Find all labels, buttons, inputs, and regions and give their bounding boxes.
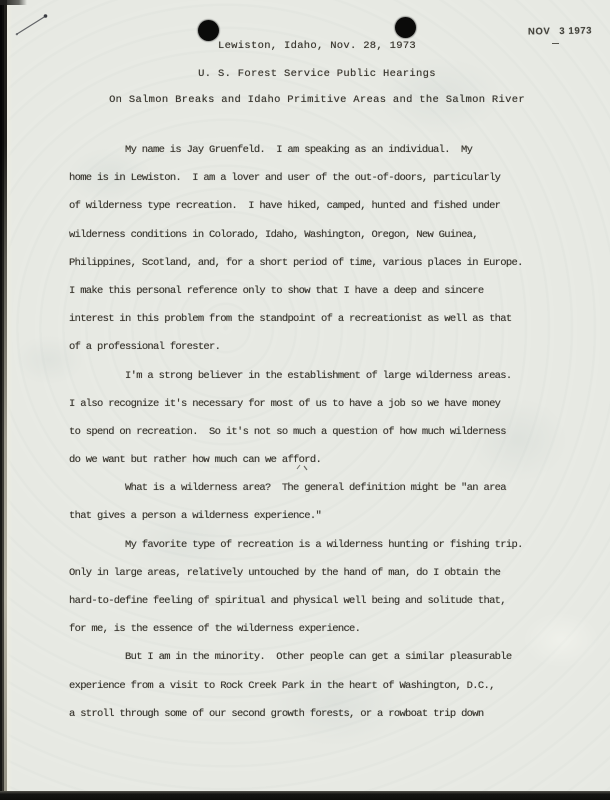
text-line: I'm a strong believer in the establishme…: [69, 362, 551, 390]
stamp-month: NOV: [528, 26, 551, 37]
text-line: do we want but rather how much can we af…: [69, 446, 551, 474]
hole-punch-right: [395, 17, 416, 38]
received-date-stamp: NOV3 1973: [528, 25, 592, 37]
text-line: I also recognize it's necessary for most…: [69, 390, 551, 418]
text-line: interest in this problem from the standp…: [69, 305, 551, 333]
text-line: I make this personal reference only to s…: [69, 277, 551, 305]
heading-subtitle: On Salmon Breaks and Idaho Primitive Are…: [70, 92, 564, 108]
text-line: that gives a person a wilderness experie…: [69, 502, 551, 530]
body-text: My name is Jay Gruenfeld. I am speaking …: [69, 136, 551, 728]
text-line: wilderness conditions in Colorado, Idaho…: [69, 221, 551, 249]
stamp-date: 3 1973: [559, 25, 592, 37]
scan-edge-bottom: [0, 791, 610, 800]
text-line: of wilderness type recreation. I have hi…: [69, 192, 551, 220]
text-line: for me, is the essence of the wilderness…: [69, 615, 551, 643]
text-line: experience from a visit to Rock Creek Pa…: [69, 672, 551, 700]
text-line: My favorite type of recreation is a wild…: [69, 531, 551, 559]
scan-edge-left-highlight: [7, 0, 12, 800]
text-line: Philippines, Scotland, and, for a short …: [69, 249, 551, 277]
text-line: of a professional forester.: [69, 333, 551, 361]
heading-title: U. S. Forest Service Public Hearings: [70, 66, 564, 82]
text-line: hard-to-define feeling of spiritual and …: [69, 587, 551, 615]
pen-mark: [12, 10, 54, 40]
text-line: But I am in the minority. Other people c…: [69, 643, 551, 671]
text-line: What is a wilderness area? The general d…: [69, 474, 551, 502]
text-line: Only in large areas, relatively untouche…: [69, 559, 551, 587]
text-line: a stroll through some of our second grow…: [69, 700, 551, 728]
scan-edge-left: [0, 0, 7, 800]
text-line: to spend on recreation. So it's not so m…: [69, 418, 551, 446]
text-line: My name is Jay Gruenfeld. I am speaking …: [69, 136, 551, 164]
heading-dateline: Lewiston, Idaho, Nov. 28, 1973: [70, 38, 564, 54]
text-line: home is in Lewiston. I am a lover and us…: [69, 164, 551, 192]
scanned-document-page: NOV3 1973 Lewiston, Idaho, Nov. 28, 1973…: [0, 0, 610, 800]
scan-edge-top-left: [0, 0, 27, 5]
